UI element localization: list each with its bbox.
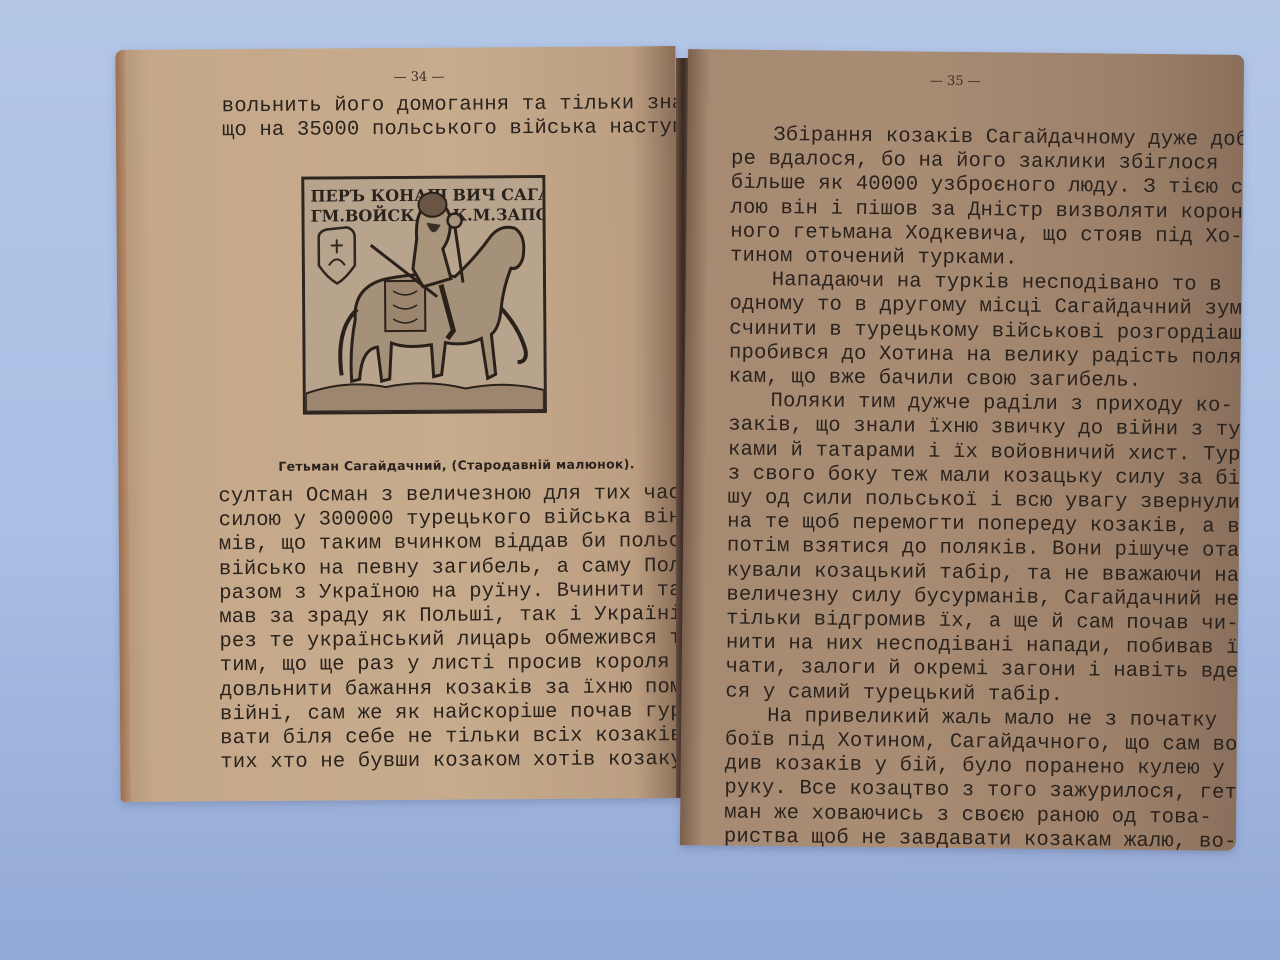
right-page-text: Збірання козаків Сагайдачному дуже доб- … bbox=[724, 124, 1170, 851]
text-line: разом з Україною на руїну. Вчинити так в… bbox=[219, 579, 649, 606]
page-number-34: — 34 — bbox=[394, 70, 445, 85]
text-line: див їх у бій і надалі. bbox=[724, 850, 1162, 851]
woodcut-illustration: ПЕРЪ КОНАШ ГМ.ВОЙСКА.Е ВИЧ САГАЙД К.М.ЗА… bbox=[301, 175, 547, 415]
text-line: султан Осман з величезною для тих часів bbox=[218, 482, 648, 509]
text-line: довльнити бажання козаків за їхню поміч … bbox=[220, 676, 650, 703]
inscription-right-1: ВИЧ САГАЙД bbox=[452, 183, 544, 205]
text-line: військо на певну загибель, а саму Польшу bbox=[219, 555, 649, 582]
text-line: рез те український лицарь обмежився тіль… bbox=[219, 627, 649, 654]
text-line: що на 35000 польського війська наступає … bbox=[222, 117, 638, 144]
text-line: тих хто не бувши козаком хотів козакуват… bbox=[220, 748, 650, 775]
hetman-on-horse-woodcut: ПЕРЪ КОНАШ ГМ.ВОЙСКА.Е ВИЧ САГАЙД К.М.ЗА… bbox=[304, 178, 544, 412]
text-line: тим, що ще раз у листі просив короля за- bbox=[220, 652, 650, 679]
inscription-right-2: К.М.ЗАПО bbox=[452, 205, 543, 225]
text-line: війні, сам же як найскоріше почав гурту- bbox=[220, 700, 650, 727]
left-page-bottom-text: султан Осман з величезною для тих часів … bbox=[218, 482, 650, 775]
left-page: — 34 — вольнить його домогання та тільки… bbox=[115, 46, 680, 802]
text-line: вати біля себе не тільки всіх козаків, а… bbox=[220, 724, 650, 751]
text-line: риства щоб не завдавати козакам жалю, во… bbox=[724, 825, 1162, 850]
page-number-35: — 35 — bbox=[930, 74, 981, 90]
right-page: — 35 — Збірання козаків Сагайдачному дуж… bbox=[680, 49, 1244, 851]
text-line: мав за зраду як Польші, так і Україні і … bbox=[219, 603, 649, 630]
text-line: вольнить його домогання та тільки знаючи… bbox=[222, 92, 638, 119]
text-line: мів, що таким вчинком віддав би польське bbox=[219, 531, 649, 558]
text-line: силою у 300000 турецького війська він ро… bbox=[219, 506, 649, 533]
left-page-top-text: вольнить його домогання та тільки знаючи… bbox=[222, 92, 638, 143]
open-book: — 34 — вольнить його домогання та тільки… bbox=[0, 0, 1280, 960]
illustration-caption: Гетьман Сагайдачний, (Стародавній малюно… bbox=[278, 456, 635, 473]
